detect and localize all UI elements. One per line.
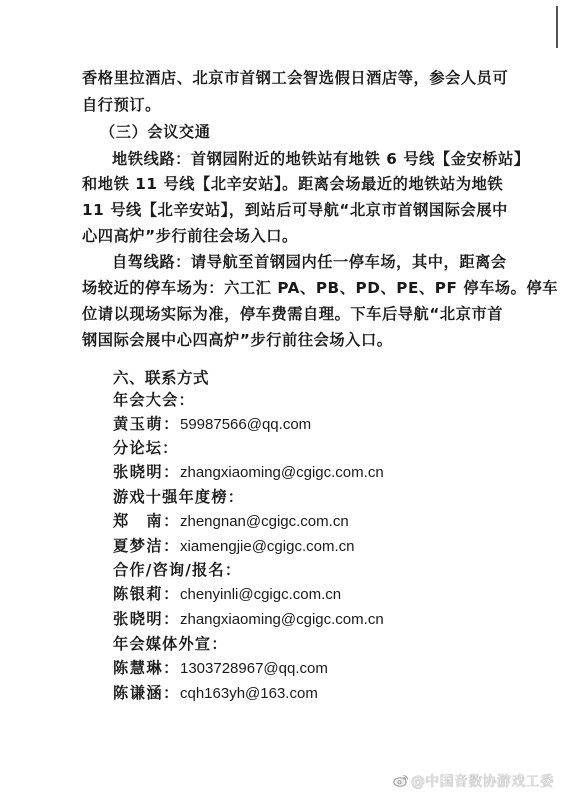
paragraph-line: 钢国际会展中心四高炉”步行前往会场入口。: [82, 330, 393, 350]
paragraph-line: 香格里拉酒店、北京市首钢工会智选假日酒店等，参会人员可: [82, 68, 508, 88]
paragraph-line: 地铁线路：首钢园附近的地铁站有地铁 6 号线【金安桥站】: [112, 149, 530, 169]
contact-group-label: 年会媒体外宣：: [113, 634, 228, 654]
contact-row: 陈谦涵：cqh163yh@163.com: [113, 683, 318, 704]
contact-email: xiamengjie@cgigc.com.cn: [180, 538, 354, 555]
weibo-icon: [393, 772, 409, 790]
contact-email: zhangxiaoming@cgigc.com.cn: [180, 611, 384, 628]
contact-group-label: 分论坛：: [113, 438, 179, 458]
contact-row: 陈慧琳：1303728967@qq.com: [113, 658, 328, 679]
subsection-heading: （三）会议交通: [100, 122, 211, 142]
contact-name: 陈慧琳：: [113, 658, 180, 678]
contact-row: 陈银莉：chenyinli@cgigc.com.cn: [113, 584, 341, 605]
paragraph-line: 场较近的停车场为：六工汇 PA、PB、PD、PE、PF 停车场。停车: [82, 278, 558, 298]
section-heading: 六、联系方式: [113, 368, 209, 388]
contact-email: zhengnan@cgigc.com.cn: [180, 513, 349, 530]
paragraph-line: 位请以现场实际为准，停车费需自理。下车后导航“北京市首: [82, 304, 503, 324]
contact-email: cqh163yh@163.com: [180, 685, 318, 702]
contact-email: zhangxiaoming@cgigc.com.cn: [180, 464, 384, 481]
paragraph-line: 和地铁 11 号线【北辛安站】。距离会场最近的地铁站为地铁: [82, 174, 503, 194]
contact-group-label: 游戏十强年度榜：: [113, 487, 244, 507]
paragraph-line: 11 号线【北辛安站】，到站后可导航“北京市首钢国际会展中: [82, 200, 508, 220]
contact-group-label: 年会大会：: [113, 390, 195, 410]
page-edge-line: [556, 6, 558, 48]
weibo-watermark: @中国音数协游戏工委: [393, 771, 554, 791]
contact-email: chenyinli@cgigc.com.cn: [180, 586, 341, 603]
contact-email: 59987566@qq.com: [180, 416, 311, 433]
contact-name: 夏梦洁：: [113, 536, 180, 556]
contact-name: 陈银莉：: [113, 584, 180, 604]
contact-group-label: 合作/咨询/报名：: [113, 560, 241, 580]
contact-name: 张晓明：: [113, 462, 180, 482]
contact-row: 张晓明：zhangxiaoming@cgigc.com.cn: [113, 609, 384, 630]
contact-row: 夏梦洁：xiamengjie@cgigc.com.cn: [113, 536, 354, 557]
contact-row: 郑 南：zhengnan@cgigc.com.cn: [113, 511, 349, 532]
paragraph-line: 自驾线路：请导航至首钢园内任一停车场，其中，距离会: [112, 252, 507, 272]
watermark-text: @中国音数协游戏工委: [411, 774, 554, 790]
contact-name: 张晓明：: [113, 609, 180, 629]
contact-email: 1303728967@qq.com: [180, 660, 328, 677]
contact-row: 张晓明：zhangxiaoming@cgigc.com.cn: [113, 462, 384, 483]
contact-name: 黄玉萌：: [113, 414, 180, 434]
contact-name: 郑 南：: [113, 511, 180, 531]
contact-name: 陈谦涵：: [113, 683, 180, 703]
paragraph-line: 心四高炉”步行前往会场入口。: [82, 226, 298, 246]
contact-row: 黄玉萌：59987566@qq.com: [113, 414, 311, 435]
paragraph-line: 自行预订。: [82, 95, 161, 115]
